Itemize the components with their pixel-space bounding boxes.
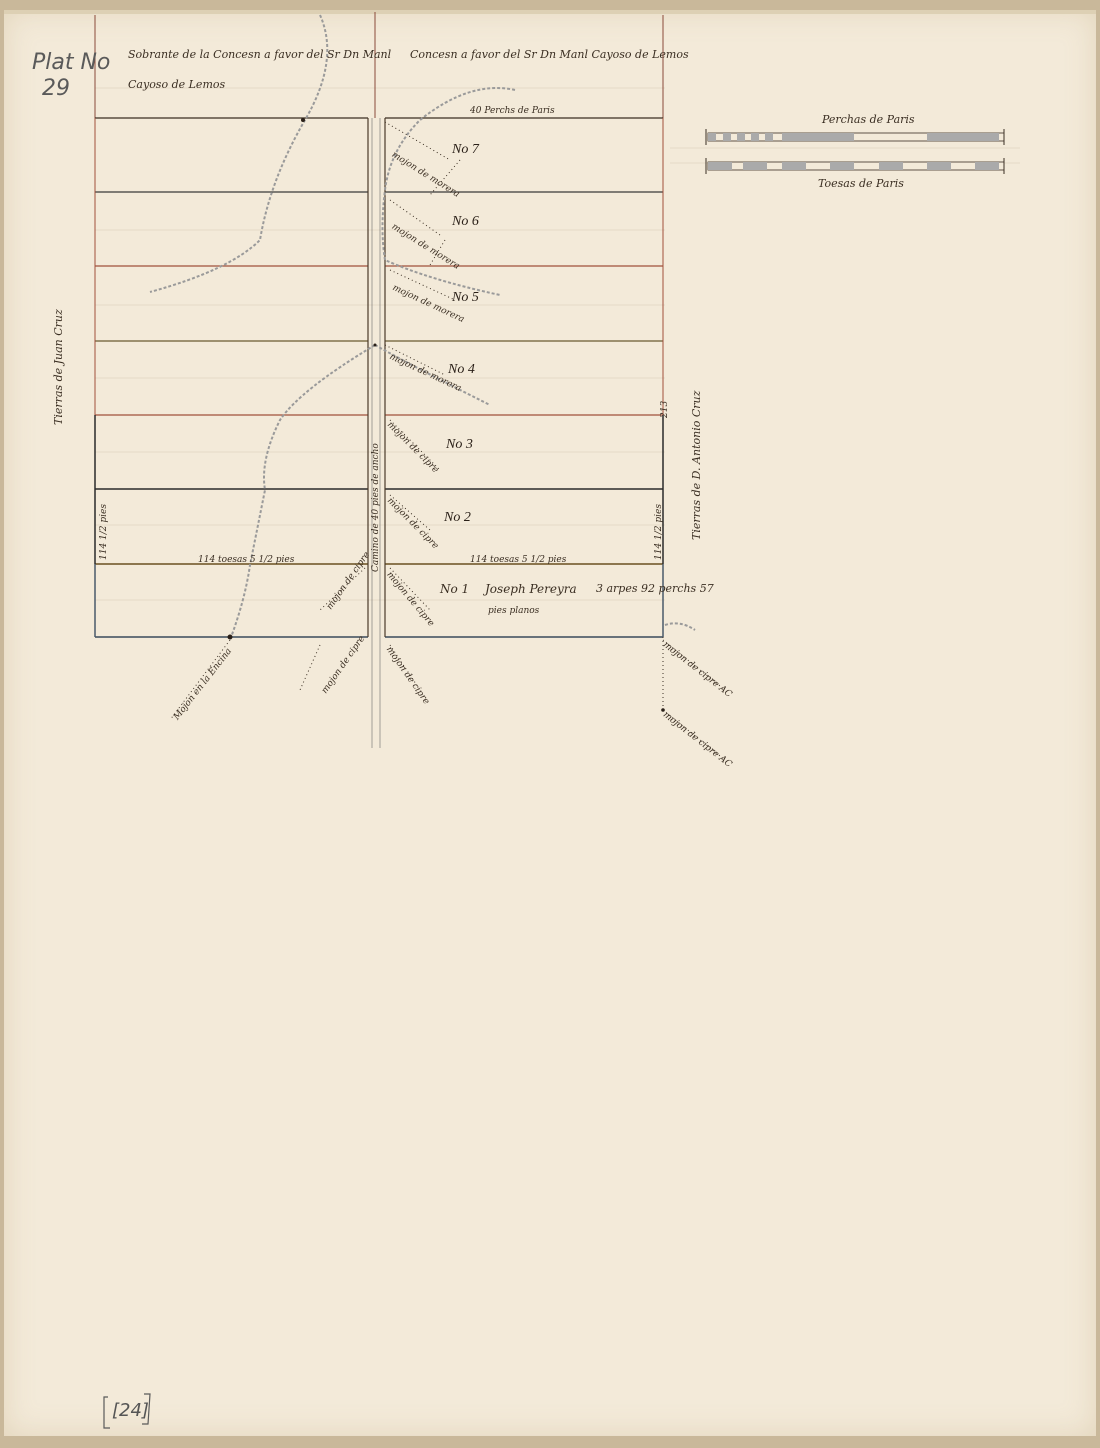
left-concession-title-line2: Cayoso de Lemos: [128, 78, 225, 91]
bottom-right-width: 114 toesas 5 1/2 pies: [470, 555, 566, 565]
left-boundary-label: Tierras de Juan Cruz: [52, 309, 65, 425]
lot-7-label: No 7: [452, 142, 479, 158]
upper-extension-lines: [95, 12, 663, 118]
top-perches-dimension: 40 Perchs de Paris: [470, 106, 555, 116]
right-lot-height: 114 1/2 pies: [654, 504, 664, 560]
toises-scale: [706, 158, 1004, 174]
lot-3-label: No 3: [446, 437, 473, 453]
lot-1-owner: Joseph Pereyra: [485, 582, 577, 596]
lot-4-label: No 4: [448, 362, 475, 378]
archive-number: [24]: [112, 1400, 149, 1421]
right-concession-title: Concesn a favor del Sr Dn Manl Cayoso de…: [410, 48, 689, 61]
toises-scale-title: Toesas de Paris: [818, 177, 904, 190]
perches-scale-title: Perchas de Paris: [822, 113, 915, 126]
lot-1-label: No 1: [440, 582, 469, 596]
road-edges: [372, 118, 380, 748]
right-top-mark: 213: [660, 401, 670, 418]
lot-5-label: No 5: [452, 290, 479, 306]
right-boundary-label: Tierras de D. Antonio Cruz: [690, 391, 703, 540]
lot-6-label: No 6: [452, 214, 479, 230]
plat-label: Plat No: [32, 50, 110, 75]
lot-2-label: No 2: [444, 510, 471, 526]
lot-1-area: 3 arpes 92 perchs 57: [596, 582, 714, 595]
left-lot-height: 114 1/2 pies: [99, 504, 109, 560]
plat-number: 29: [42, 76, 70, 101]
survey-map: [0, 0, 1100, 1448]
bottom-left-width: 114 toesas 5 1/2 pies: [198, 555, 294, 565]
road-label: Camino de 40 pies de ancho: [371, 443, 381, 572]
lot-1-area-unit: pies planos: [488, 606, 539, 616]
perches-scale: [706, 129, 1004, 145]
creek-path: [150, 15, 695, 640]
left-concession-title-line1: Sobrante de la Concesn a favor del Sr Dn…: [128, 48, 391, 61]
